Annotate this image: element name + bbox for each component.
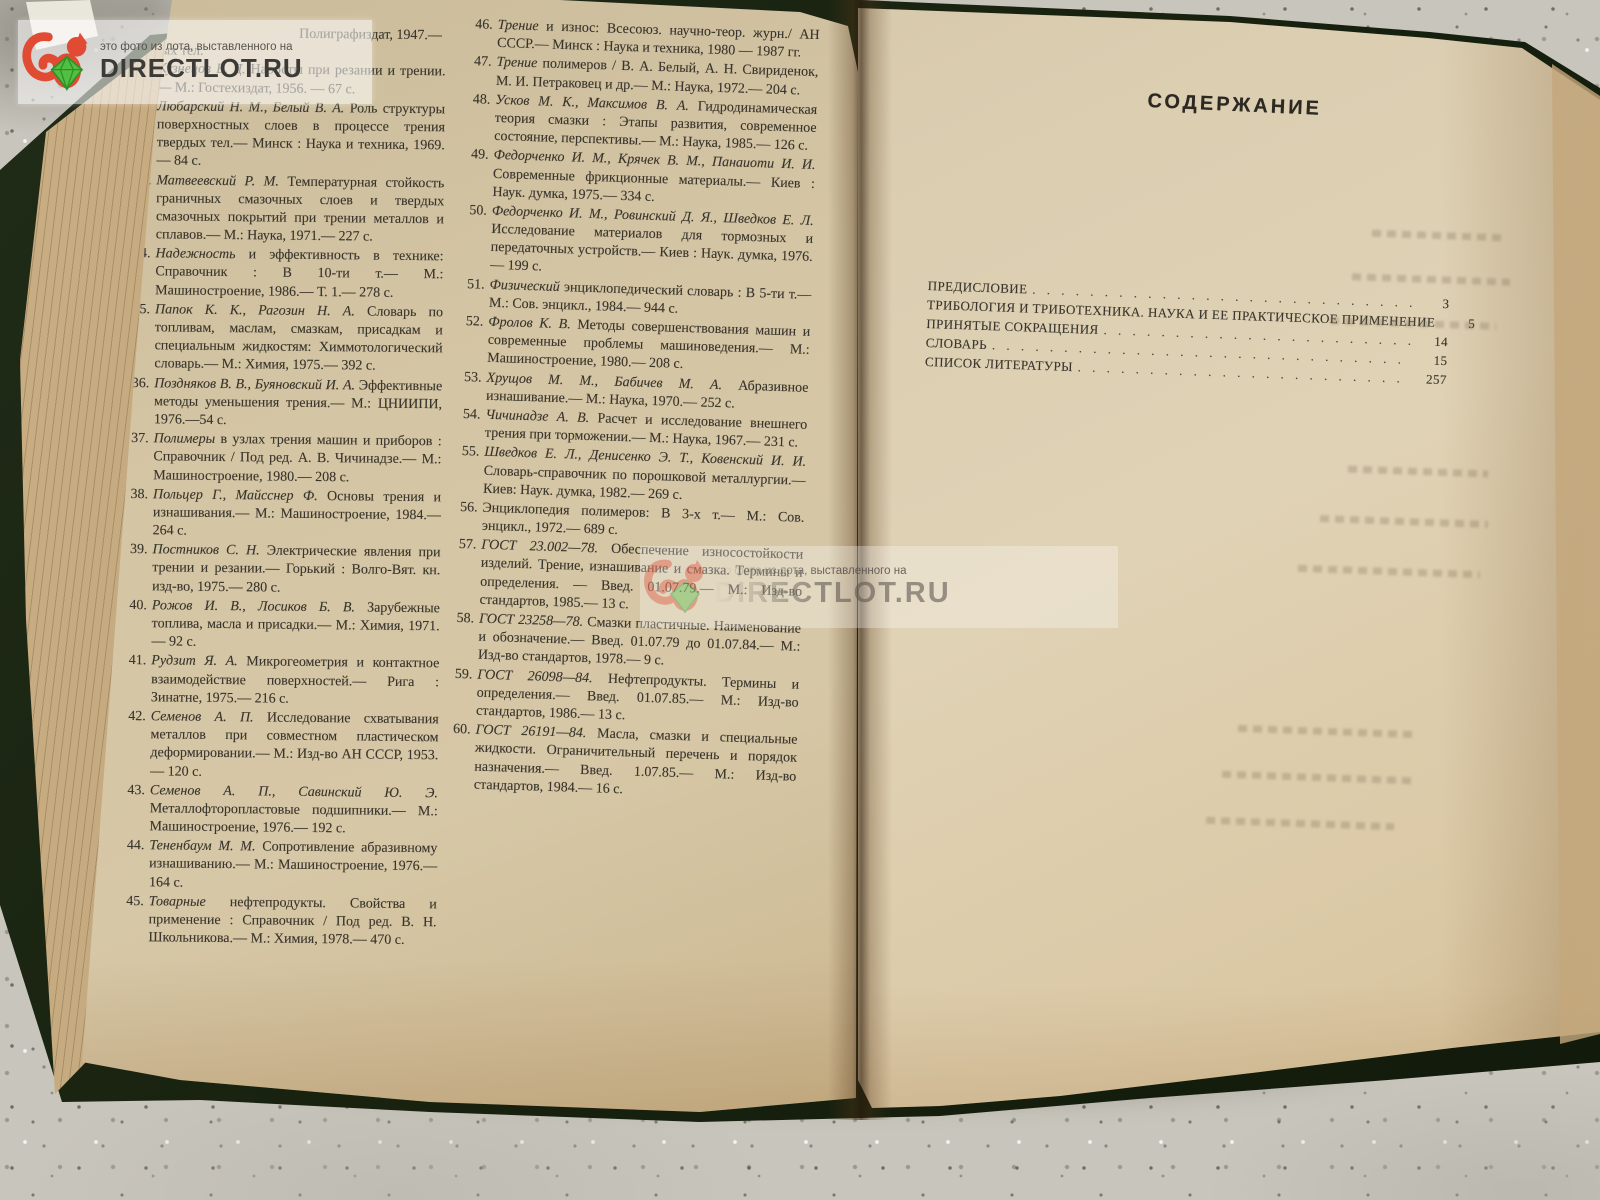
entry-number: 46. [467, 16, 493, 35]
entry-author: ГОСТ 26191—84. [475, 723, 597, 742]
ghost-showthrough [1372, 230, 1502, 242]
bib-entry: 43.Семенов А. П., Савинский Ю. Э. Металл… [119, 782, 438, 840]
bib-entry: 41.Рудзит Я. А. Микрогеометрия и контакт… [121, 652, 440, 710]
bib-entry: 60.ГОСТ 26191—84. Масла, смазки и специа… [444, 721, 798, 805]
bib-entry: 38.Польцер Г., Майсснер Ф. Основы трения… [123, 486, 442, 544]
bib-entry: 36.Поздняков В. В., Буяновский И. А. Эфф… [124, 375, 443, 433]
toc-label: СЛОВАРЬ [925, 335, 987, 353]
entry-author: Трение [497, 18, 546, 35]
bib-entry: 40.Рожов И. В., Лосиков Б. В. Зарубежные… [121, 597, 440, 655]
entry-number: 48. [465, 91, 491, 110]
entry-number: 38. [123, 486, 148, 504]
entry-number: 50. [462, 202, 488, 221]
entry-number: 39. [122, 541, 147, 559]
bib-entry: 45.Товарные нефтепродукты. Свойства и пр… [118, 893, 437, 951]
ghost-showthrough [1298, 565, 1480, 578]
entry-author: Папок К. К., Рагозин Н. А. [155, 302, 367, 319]
entry-author: ГОСТ 26098—84. [477, 667, 608, 686]
entry-author: Матвеевский Р. М. [156, 173, 287, 189]
entry-number: 43. [120, 782, 145, 800]
entry-author: Трение [496, 55, 542, 71]
ghost-showthrough [1348, 466, 1488, 478]
entry-number: 47. [466, 53, 492, 72]
bib-entry: 48.Усков М. К., Максимов В. А. Гидродина… [464, 91, 818, 157]
bib-entry: 32.Любарский Н. М., Белый В. А. Роль стр… [126, 98, 445, 174]
entry-author: Рудзит Я. А. [151, 654, 246, 670]
watermark-brand: DIRECTLOT.RU [714, 577, 951, 610]
watermark-banner-middle: это фото из лота, выставленного на DIREC… [640, 546, 1118, 628]
entry-author: Семенов А. П., Савинский Ю. Э. [150, 783, 438, 801]
ghost-showthrough [1238, 725, 1416, 738]
entry-number: 45. [119, 893, 144, 911]
entry-author: Семенов А. П. [151, 709, 267, 725]
entry-author: Рожов И. В., Лосиков Б. В. [152, 598, 367, 615]
bib-entry: 59.ГОСТ 26098—84. Нефтепродукты. Термины… [446, 665, 800, 731]
entry-number: 56. [452, 499, 478, 518]
bibliography-column-1: Полиграфиздат, 1947.— дых тел. 31.Кузнец… [118, 24, 446, 952]
entry-author: Постников С. Н. [152, 543, 266, 559]
bib-entry: 34.Надежность и эффективность в технике:… [125, 245, 444, 303]
entry-text: Современные фрикционные материалы.— Киев… [492, 166, 815, 204]
entry-text: полимеров / В. А. Белый, А. Н. Свиридено… [496, 57, 819, 98]
entry-number: 57. [451, 536, 477, 555]
entry-author: ГОСТ 23258—78. [479, 612, 588, 630]
bib-entry: 44.Тененбаум М. М. Сопротивление абразив… [119, 837, 438, 895]
toc-page-number: 257 [1416, 371, 1447, 388]
entry-author: Поздняков В. В., Буяновский И. А. [154, 376, 359, 393]
entry-number: 54. [455, 406, 481, 425]
bibliography-column-2: 46.Трение и износ: Всесоюз. научно-теор.… [444, 16, 820, 806]
entry-number: 41. [121, 652, 146, 670]
entry-text: Словарь-справочник по порошковой металлу… [483, 463, 806, 502]
toc-page-number: 15 [1417, 352, 1448, 369]
entry-author: Физический [489, 277, 564, 294]
bib-entry: 52.Фролов К. В. Методы совершенствования… [457, 313, 811, 379]
bib-entry: 55.Шведков Е. Л., Денисенко Э. Т., Ковен… [453, 443, 807, 509]
entry-number: 40. [122, 597, 147, 615]
entry-text: и износ: Всесоюз. научно-теор. журн./ АН… [497, 19, 820, 60]
entry-author: Тененбаум М. М. [149, 839, 262, 855]
entry-number: 53. [456, 368, 482, 387]
table-of-contents: ПРЕДИСЛОВИЕ. . . . . . . . . . . . . . .… [925, 278, 1450, 391]
watermark-note: это фото из лота, выставленного на [100, 41, 303, 53]
entry-number: 42. [121, 708, 146, 726]
entry-number: 55. [454, 443, 480, 462]
entry-text: Металлофторопластовые подшипники.— М.: М… [150, 801, 438, 836]
toc-label: ПРЕДИСЛОВИЕ [927, 278, 1027, 297]
ghost-showthrough [1222, 771, 1412, 785]
entry-number: 59. [447, 665, 473, 684]
bib-entry: 49.Федорченко И. М., Крячек В. М., Панаи… [462, 146, 816, 212]
bib-entry: 39.Постников С. Н. Электрические явления… [122, 541, 441, 599]
bib-entry: 50.Федорченко И. М., Ровинский Д. Я., Шв… [460, 202, 814, 286]
toc-page-number: 14 [1418, 333, 1449, 350]
toc-heading: СОДЕРЖАНИЕ [1147, 90, 1468, 127]
entry-author: Товарные [149, 894, 230, 910]
book-photo: Полиграфиздат, 1947.— дых тел. 31.Кузнец… [0, 0, 1600, 1200]
ghost-showthrough [1352, 273, 1510, 286]
entry-number: 60. [445, 721, 471, 740]
entry-number: 49. [463, 146, 489, 165]
squirrel-logo-icon [640, 557, 710, 617]
entry-author: ГОСТ 23.002—78. [481, 538, 611, 557]
ghost-showthrough [1206, 817, 1394, 831]
entry-author: Фролов К. В. [488, 315, 577, 333]
entry-text: Исследование материалов для тормозных и … [490, 222, 813, 275]
watermark-brand: DIRECTLOT.RU [100, 53, 303, 84]
toc-page-number: 3 [1419, 295, 1450, 312]
entry-author: Чичинадзе А. В. [485, 408, 598, 427]
bib-entry: 33.Матвеевский Р. М. Температурная стойк… [126, 171, 445, 247]
entry-number: 51. [459, 275, 485, 294]
watermark-banner-top: это фото из лота, выставленного на DIREC… [18, 20, 372, 104]
watermark-note: это фото из лота, выставленного на [714, 565, 951, 577]
entry-author: Полимеры [154, 431, 221, 447]
entry-author: Польцер Г., Майсснер Ф. [153, 487, 327, 504]
entry-number: 44. [119, 837, 144, 855]
squirrel-logo-icon [18, 29, 94, 95]
entry-number: 52. [458, 313, 484, 332]
bib-entry: 42.Семенов А. П. Исследование схватывани… [120, 708, 439, 784]
entry-author: Надежность [156, 247, 249, 263]
bib-entry: 37.Полимеры в узлах трения машин и прибо… [123, 430, 442, 488]
entry-number: 58. [449, 610, 475, 629]
bib-entry: 35.Папок К. К., Рагозин Н. А. Словарь по… [124, 301, 443, 377]
ghost-showthrough [1320, 515, 1488, 528]
